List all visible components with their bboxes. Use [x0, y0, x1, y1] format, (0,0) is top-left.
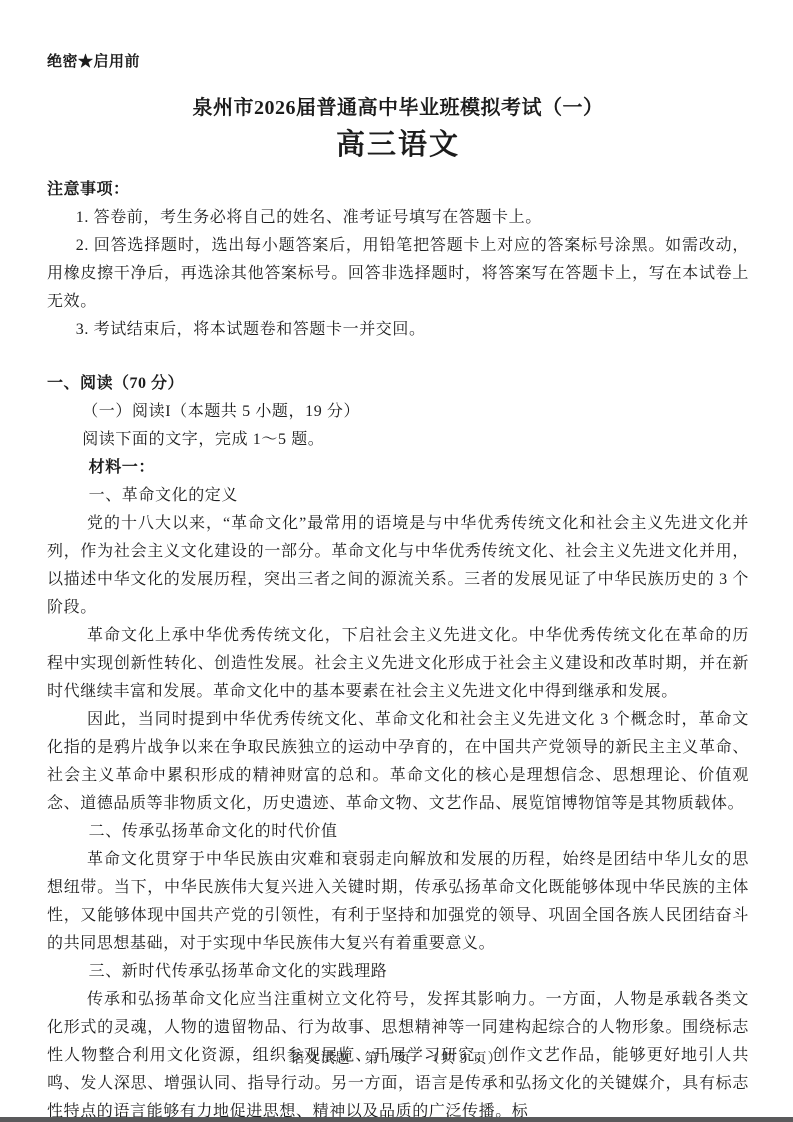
passage-paragraph-1: 党的十八大以来，“革命文化”最常用的语境是与中华优秀传统文化和社会主义先进文化并… [47, 510, 749, 622]
notice-item-1: 1. 答卷前，考生务必将自己的姓名、准考证号填写在答题卡上。 [47, 204, 749, 232]
footer-page-number: 第 1 页 [365, 1050, 412, 1070]
page-footer: 语文试题 第 1 页 （共 9 页） [0, 1050, 793, 1070]
passage-subhead-3: 三、新时代传承弘扬革命文化的实践理路 [47, 958, 749, 986]
exam-title: 泉州市2026届普通高中毕业班模拟考试（一） [47, 94, 749, 122]
notice-item-2: 2. 回答选择题时，选出每小题答案后，用铅笔把答题卡上对应的答案标号涂黑。如需改… [47, 232, 749, 316]
passage-paragraph-2: 革命文化上承中华优秀传统文化，下启社会主义先进文化。中华优秀传统文化在革命的历程… [47, 622, 749, 706]
passage-paragraph-3: 因此，当同时提到中华优秀传统文化、革命文化和社会主义先进文化 3 个概念时，革命… [47, 706, 749, 818]
material-1-label: 材料一： [47, 454, 749, 482]
exam-page-content: 绝密★启用前 泉州市2026届普通高中毕业班模拟考试（一） 高三语文 注意事项：… [0, 0, 793, 1122]
part-heading-reading-1: （一）阅读I（本题共 5 小题，19 分） [47, 398, 749, 426]
reading-instruction: 阅读下面的文字，完成 1～5 题。 [47, 426, 749, 454]
footer-page-total: （共 9 页） [426, 1050, 503, 1070]
passage-paragraph-4: 革命文化贯穿于中华民族由灾难和衰弱走向解放和发展的历程，始终是团结中华儿女的思想… [47, 846, 749, 958]
notice-heading: 注意事项： [47, 176, 749, 204]
footer-doc-label: 语文试题 [291, 1050, 351, 1070]
section-heading-reading: 一、阅读（70 分） [47, 370, 749, 398]
subject-title: 高三语文 [47, 126, 749, 164]
secrecy-label: 绝密★启用前 [47, 52, 749, 72]
passage-subhead-1: 一、革命文化的定义 [47, 482, 749, 510]
page-bottom-edge-bar [0, 1117, 793, 1122]
notice-item-3: 3. 考试结束后，将本试题卷和答题卡一并交回。 [47, 316, 749, 344]
passage-subhead-2: 二、传承弘扬革命文化的时代价值 [47, 818, 749, 846]
exam-paper-page: { "header": { "secrecy_label": "绝密★启用前",… [0, 0, 793, 1122]
